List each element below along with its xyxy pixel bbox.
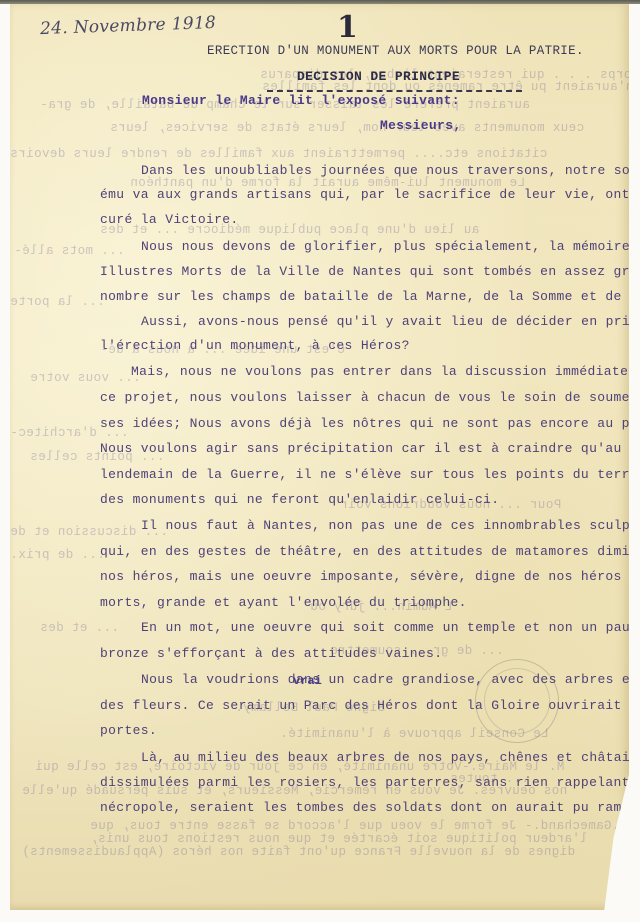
text-line: Il nous faut à Nantes, non pas une de ce… (141, 518, 640, 533)
document-page: les corps . . . qui resteraient là-bas, … (10, 4, 629, 910)
page-number: 1 (337, 10, 358, 45)
text-line: des monuments qui ne feront qu'enlaidir … (100, 492, 499, 507)
text-line: nos héros, mais une oeuvre imposante, sé… (100, 569, 640, 584)
text-line: Nous voulons agir sans précipitation car… (100, 441, 622, 456)
text-line: curé la Victoire. (100, 212, 239, 227)
bleedthrough-line: l'ardeur politique soit écartée et que n… (90, 832, 588, 846)
text-line: dissimulées parmi les rosiers, les parte… (100, 775, 640, 790)
bleedthrough-line: ... mots allé- (14, 244, 125, 258)
text-line: Dans les unoubliables journées que nous … (141, 163, 640, 178)
document-subtitle: DECISION DE PRINCIPE (297, 69, 460, 84)
text-line: Illustres Morts de la Ville de Nantes qu… (100, 264, 640, 279)
text-line: lendemain de la Guerre, il ne s'élève su… (100, 467, 640, 482)
text-line: nombre sur les champs de bataille de la … (100, 289, 640, 304)
text-line: Nous nous devons de glorifier, plus spéc… (141, 239, 640, 254)
text-line: des fleurs. Ce serait un Parc des Héros … (100, 698, 640, 713)
text-line: Là, au milieu des beaux arbres de nos pa… (141, 750, 640, 765)
text-line: Aussi, avons-nous pensé qu'il y avait li… (141, 314, 640, 329)
text-line: Mais, nous ne voulons pas entrer dans la… (131, 364, 640, 379)
text-line: qui, en des gestes de théâtre, en des at… (100, 544, 640, 559)
bleedthrough-line: dignes de la nouvelle France qu'ont fait… (22, 845, 575, 859)
text-line: ce projet, nous voulons laisser à chacun… (100, 390, 640, 405)
handwritten-date: 24. Novembre 1918 (40, 13, 217, 39)
text-line: bronze s'efforçant à des attitudes vaine… (100, 646, 442, 661)
bleedthrough-line: ceux monuments avec leur nom, leurs état… (110, 121, 584, 135)
bleedthrough-line: M.Gamechand.- Je forme le voeu que l'acc… (90, 819, 627, 833)
bleedthrough-line: ... la porte (10, 295, 105, 309)
text-line: ses idées; Nous avons déjà les nôtres qu… (100, 416, 640, 431)
text-line: morts, grande et ayant l'envolée du trio… (100, 595, 467, 610)
text-line: Nous la voudrions dans un cadre grandios… (141, 672, 638, 687)
intro-line: Monsieur le Maire lit l'exposé suivant: (142, 93, 460, 108)
text-line: ému va aux grands artisans qui, par le s… (100, 187, 640, 202)
handwritten-insertion: vrai (293, 674, 322, 688)
text-line: l'érection d'un monument, à ces Héros? (100, 338, 410, 353)
bleedthrough-line: ... et des (40, 621, 119, 635)
document-title: ERECTION D'UN MONUMENT AUX MORTS POUR LA… (207, 44, 584, 58)
text-line: nécropole, seraient les tombes des solda… (100, 800, 640, 815)
bleedthrough-line: ... de prix. (10, 548, 105, 562)
bleedthrough-line: citations etc.... permettraient aux fami… (10, 147, 547, 161)
scan-top-edge (0, 0, 640, 4)
text-line: portes. (100, 723, 157, 738)
bleedthrough-line: ... vous votre (30, 371, 141, 385)
text-line: En un mot, une oeuvre qui soit comme un … (141, 620, 640, 635)
subtitle-underline (267, 90, 522, 92)
salutation: Messieurs, (380, 118, 462, 133)
